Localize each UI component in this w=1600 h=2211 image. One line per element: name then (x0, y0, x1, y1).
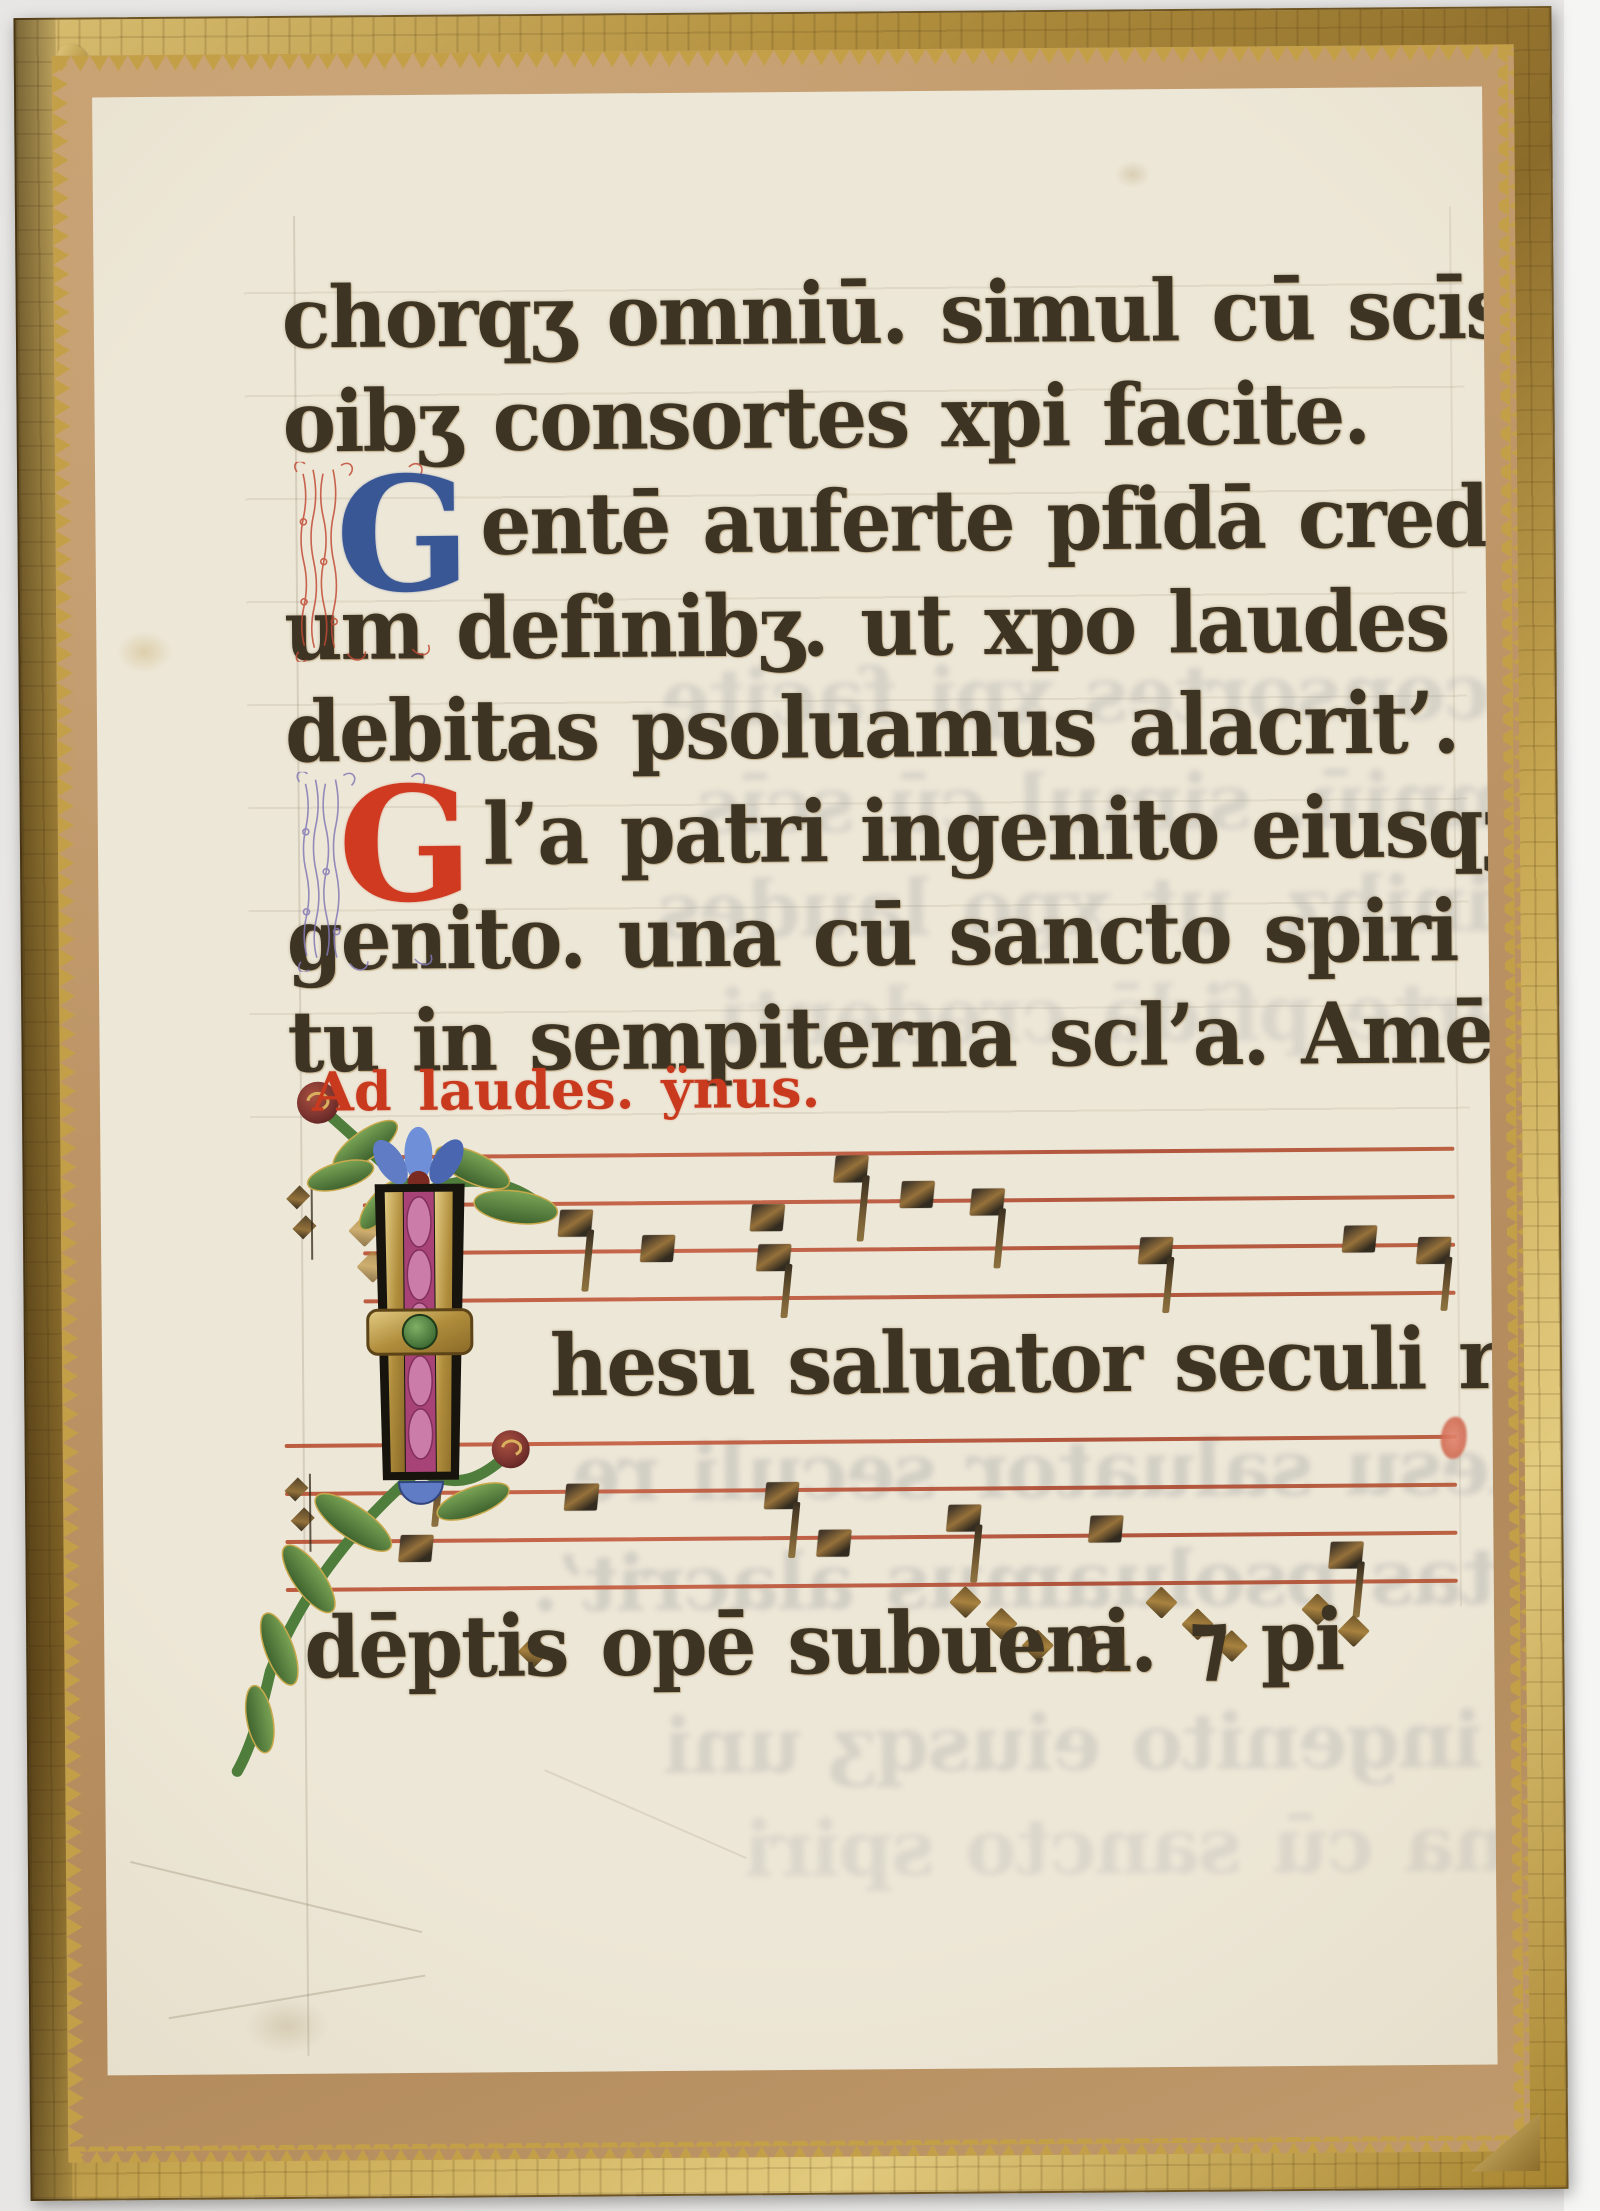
pen-initial-G-red: G (293, 771, 470, 972)
blue-flower (399, 1482, 443, 1504)
neume-virga (1328, 1542, 1364, 1569)
parchment-page: oibʒ consortes xpi facite. chorqʒ omniū.… (92, 87, 1497, 2076)
photo-backdrop: oibʒ consortes xpi facite. chorqʒ omniū.… (0, 0, 1600, 2211)
initial-letter: G (337, 766, 473, 925)
rubric-ad-laudes: Ad laudes. ÿnus. (312, 1056, 821, 1124)
neume-tail (1440, 1257, 1452, 1311)
neume-virga (969, 1188, 1005, 1215)
neume-virga (946, 1505, 982, 1532)
text-line-6: l’a patri ingenito eiusqʒ uni (482, 775, 1497, 884)
neume-punctum (1088, 1515, 1124, 1542)
neume-tail (993, 1208, 1006, 1268)
neume-virga (1138, 1237, 1174, 1264)
text-line-1: chorqʒ omniū. simul cū scīs (281, 258, 1497, 367)
chant-lyric-line-2: dēptis opē subueni. ⁊ pi (304, 1590, 1344, 1698)
neume-virga (833, 1155, 869, 1182)
crease (169, 1975, 426, 2020)
text-line-3: entē auferte pfidā credenti (480, 465, 1498, 574)
initial-shaft (367, 1184, 473, 1481)
scan-edge-strip (1564, 0, 1600, 2211)
neume-tail (856, 1175, 869, 1241)
showthrough-text: genito. una cū sancto spiri (746, 1795, 1498, 1895)
showthrough-text: l’a patri ingenito eiusqʒ uni (665, 1692, 1498, 1792)
neume-tail (780, 1264, 792, 1318)
chant-lyric-line-1: hesu saluator seculi re (550, 1308, 1498, 1415)
neume-punctum (640, 1235, 676, 1262)
neume-virga (756, 1244, 792, 1271)
pen-initial-G-blue: G (291, 461, 468, 662)
neume-punctum (750, 1204, 786, 1231)
neume-tail (1162, 1257, 1174, 1313)
chant-lyric-line-2-tail: a (1079, 1591, 1130, 1691)
neume-punctum (816, 1530, 852, 1557)
neume-virga (764, 1482, 800, 1509)
neume-virga (1416, 1237, 1452, 1264)
initial-letter: G (335, 457, 471, 616)
neume-punctum (899, 1181, 935, 1208)
crease (130, 1861, 422, 1933)
manuscript-leaf: oibʒ consortes xpi facite. chorqʒ omniū.… (13, 6, 1568, 2201)
neume-punctum (1342, 1225, 1378, 1252)
